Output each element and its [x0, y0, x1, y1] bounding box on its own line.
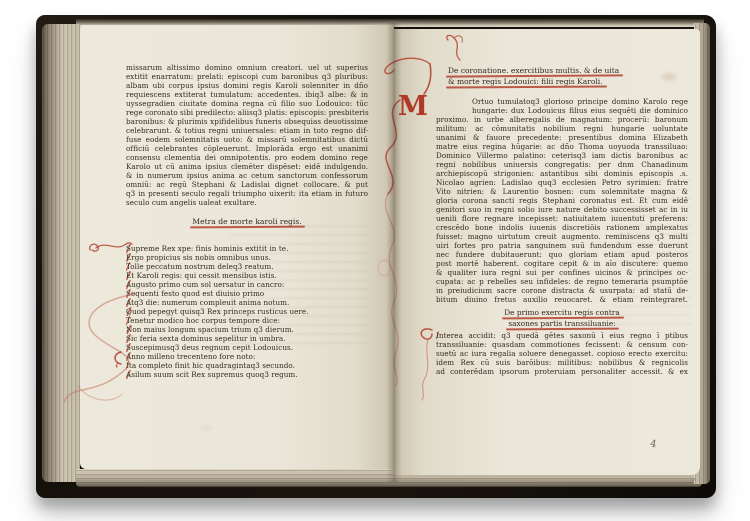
heading-text: saxones partis transsiluanie: — [508, 319, 615, 330]
photo-background: missarum altissimo domino omnium creator… — [0, 0, 750, 521]
text-line: ad conterēdam ipsorum proteruiam persona… — [436, 367, 688, 376]
text-line: Ortuo tumulatoq3 glorioso principe domin… — [436, 97, 688, 106]
text-line: consensu clementia dei omnipotentis. pro… — [126, 153, 368, 162]
text-line: Tenetur modico hoc corpus tempore dice: — [126, 316, 368, 325]
text-line: requiescens extiterat tumulatum: acceden… — [126, 90, 368, 99]
text-line: suetū ac iura regalia soluere denegasset… — [436, 349, 688, 358]
text-line: Nicolao agrien: Ladislao quq3 ecclesien … — [436, 178, 688, 187]
text-line: Karolo ut cū anima ipsius clemēter dispē… — [126, 162, 368, 171]
text-line: baronibus: & plurimis xpifidelibus funer… — [126, 117, 368, 126]
subheading-line: saxones partis transsiluanie: — [436, 319, 688, 330]
text-line: fuisset: magno uirtutum creuit augmento.… — [436, 232, 688, 241]
page-edges-left — [42, 24, 80, 482]
subheading-line: De primo exercitu regis contra — [436, 308, 688, 319]
text-line: nec fundere dubitauerunt: quo gloriam et… — [436, 250, 688, 259]
text-line: Tolle peccatum nostrum deleq3 reatum. — [126, 262, 368, 271]
text-line: missarum altissimo domino omnium creator… — [126, 63, 368, 72]
text-line: idem Rex cū suis barōibus: militibus: no… — [436, 358, 688, 367]
text-line: Interea accidit: q3 quedā gētes saxonū ī… — [436, 331, 688, 340]
left-heading-row: Metra de morte karoli regis. — [126, 213, 368, 227]
text-line: archiepiscopū strigonien: astantibus sib… — [436, 169, 688, 178]
foxing-stain — [200, 425, 212, 431]
text-line: albam ubi corpus ipsius domini regis Kar… — [126, 81, 368, 90]
text-line: genitori suo in regni solio iure nature … — [436, 205, 688, 214]
text-line: uyssegradien ciuitate domina regna cū fi… — [126, 99, 368, 108]
text-line: Quod pepegyt quisq3 Rex princeps rusticu… — [126, 307, 368, 316]
text-line: Asilum suum scit Rex supremus quoq3 regu… — [126, 370, 368, 379]
text-line: Ergo propicius sis nobis omnibus unus. — [126, 253, 368, 262]
open-book: missarum altissimo domino omnium creator… — [36, 15, 716, 498]
text-line: Non maius longum spacium trium q3 dierum… — [126, 325, 368, 334]
text-line: extitit enarratum: prelati: episcopi cum… — [126, 72, 368, 81]
text-line: Et Karoli regis: qui cessit mensibus ist… — [126, 271, 368, 280]
lombard-initial-M: M — [398, 93, 432, 120]
text-line: militum: ac cōmunitatis nobilium regni h… — [436, 124, 688, 133]
corner-scribble: xx — [690, 477, 696, 483]
text-line: celebrarunt. & totius regni uniuersales:… — [126, 126, 368, 135]
text-line: regni nobilibus uniuersis congregatis: p… — [436, 160, 688, 169]
chapter-heading-line: & morte regis Lodouici: filii regis Karo… — [448, 77, 688, 88]
text-line: fuse eodem solemnitatis uoto: & missarū … — [126, 135, 368, 144]
left-text-column: missarum altissimo domino omnium creator… — [126, 63, 368, 379]
text-line: rege coronato sibi predilecto: aliisq3 p… — [126, 108, 368, 117]
text-line: crescēdo bone indolis iuuenis discretiōi… — [436, 223, 688, 232]
text-line: Atq3 die: numerum compleuit anima notum. — [126, 298, 368, 307]
right-prose-paragraph-1: Ortuo tumulatoq3 glorioso principe domin… — [436, 97, 688, 304]
text-line: hungarie: dux Lodouicus filius eius sequ… — [436, 106, 688, 115]
text-line: bitum diuino fretus auxilio reuocaret. &… — [436, 295, 688, 304]
text-line: officiū celebrantes cōpleuerunt. Implorā… — [126, 144, 368, 153]
text-line: Sequenti festo quod est diuisio primo — [126, 289, 368, 298]
text-line: seculo cum angelis ualeat exultare. — [126, 198, 368, 207]
text-line: gloria corona sancti regis Stephani coro… — [436, 196, 688, 205]
text-line: proximo. in urbe alberegalis de magnatum… — [436, 115, 688, 124]
text-line: Augusto primo cum sol uersatur in cancro… — [126, 280, 368, 289]
heading-text: De primo exercitu regis contra — [504, 308, 620, 319]
right-page: M De coronatione. exercitibus multis. & … — [394, 29, 700, 475]
left-page: missarum altissimo domino omnium creator… — [80, 25, 394, 469]
section-heading-metra: Metra de morte karoli regis. — [192, 216, 301, 227]
foliation-mark: 4 — [649, 439, 657, 451]
text-line: Dominico Villermo palatino: ceterisq3 ia… — [436, 151, 688, 160]
subchapter-heading: De primo exercitu regis contra saxones p… — [436, 308, 688, 329]
text-line: q3 in presenti seculo regali triumpho ui… — [126, 189, 368, 198]
text-line: Sic feria sexta dominus sepelitur in umb… — [126, 334, 368, 343]
text-line: & in numerum ipsius anima ac cetum sanct… — [126, 171, 368, 180]
text-line: omniū: ac regū Stephani & Ladislai digne… — [126, 180, 368, 189]
text-line: uenili flore regnare incepisset: natiuit… — [436, 214, 688, 223]
text-line: post mortē haberent. cogitare cepit & in… — [436, 259, 688, 268]
text-line: Ita completo finit hic quadragintaq3 sec… — [126, 361, 368, 370]
text-line: transsiluanie: quasdam commotiones fecis… — [436, 340, 688, 349]
chapter-heading: De coronatione. exercitibus multis. & de… — [436, 66, 688, 87]
text-line: cupata: ac p rebelles seu infideles: de … — [436, 277, 688, 286]
text-line: uiri fortes pro patria sanguinem suū fun… — [436, 241, 688, 250]
right-prose-paragraph-2: Interea accidit: q3 quedā gētes saxonū ī… — [436, 331, 688, 376]
text-line: Supreme Rex xpe: finis hominis extitit i… — [126, 244, 368, 253]
heading-text: De coronatione. exercitibus multis. & de… — [448, 66, 619, 77]
heading-text: & morte regis Lodouici: filii regis Karo… — [448, 77, 603, 88]
text-line: unanimi & fauore precedente: presentibus… — [436, 133, 688, 142]
verse-block: Supreme Rex xpe: finis hominis extitit i… — [126, 244, 368, 379]
chapter-heading-line: De coronatione. exercitibus multis. & de… — [448, 66, 688, 77]
left-prose-paragraph: missarum altissimo domino omnium creator… — [126, 63, 368, 207]
text-line: Suscepimusq3 deus regnum cepit Lodouicus… — [126, 343, 368, 352]
text-line: Vito nitrien: & Laurentio bosnen: cum so… — [436, 187, 688, 196]
text-line: Anno milleno trecenteno fore noto: — [126, 352, 368, 361]
text-line: matre eius regina hūgarie: ac dño Thoma … — [436, 142, 688, 151]
text-line: in preiudicium sacre corone distracta & … — [436, 286, 688, 295]
right-text-column: De coronatione. exercitibus multis. & de… — [436, 66, 688, 376]
text-line: & qualiter iura regni sui per confines u… — [436, 268, 688, 277]
